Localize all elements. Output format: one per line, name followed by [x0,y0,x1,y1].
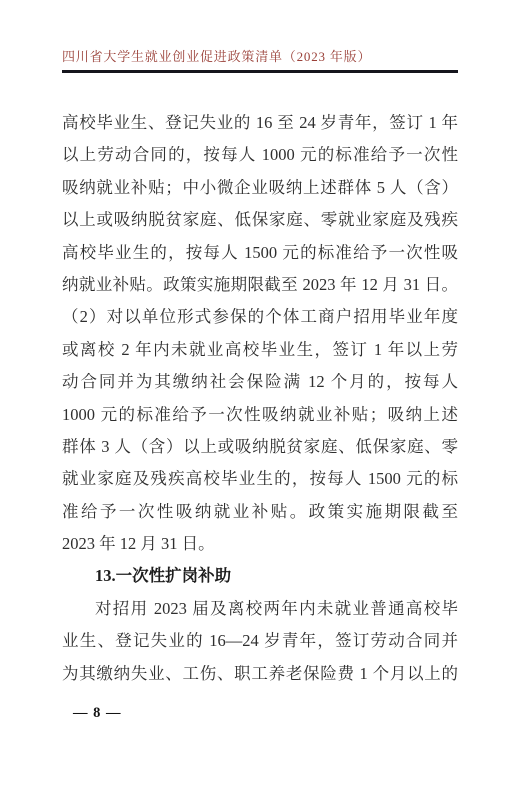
text-line: 或离校 2 年内未就业高校毕业生，签订 1 年以上劳 [62,334,458,366]
text-line: 吸纳就业补贴；中小微企业吸纳上述群体 5 人（含） [62,172,458,204]
section-heading: 13.一次性扩岗补助 [62,560,458,592]
text-line: 动合同并为其缴纳社会保险满 12 个月的，按每人 [62,366,458,398]
text-line: 就业家庭及残疾高校毕业生的，按每人 1500 元的标 [62,463,458,495]
text-line: 以上劳动合同的，按每人 1000 元的标准给予一次性 [62,139,458,171]
page-header-title: 四川省大学生就业创业促进政策清单（2023 年版） [62,46,460,65]
text-line: 对招用 2023 届及离校两年内未就业普通高校毕 [62,593,458,625]
text-line: 为其缴纳失业、工伤、职工养老保险费 1 个月以上的 [62,658,458,690]
text-line: （2）对以单位形式参保的个体工商户招用毕业年度 [62,301,458,333]
text-line: 准给予一次性吸纳就业补贴。政策实施期限截至 [62,496,458,528]
text-line: 1000 元的标准给予一次性吸纳就业补贴；吸纳上述 [62,399,458,431]
text-line: 纳就业补贴。政策实施期限截至 2023 年 12 月 31 日。 [62,269,458,301]
document-body: 高校毕业生、登记失业的 16 至 24 岁青年，签订 1 年以上劳动合同的，按每… [62,107,458,690]
text-line: 业生、登记失业的 16—24 岁青年，签订劳动合同并 [62,625,458,657]
text-line: 高校毕业生的，按每人 1500 元的标准给予一次性吸 [62,237,458,269]
header-rule [62,70,458,73]
document-page: 四川省大学生就业创业促进政策清单（2023 年版） 高校毕业生、登记失业的 16… [0,0,529,794]
page-number: — 8 — [73,705,122,722]
text-line: 群体 3 人（含）以上或吸纳脱贫家庭、低保家庭、零 [62,431,458,463]
text-line: 高校毕业生、登记失业的 16 至 24 岁青年，签订 1 年 [62,107,458,139]
text-line: 以上或吸纳脱贫家庭、低保家庭、零就业家庭及残疾 [62,204,458,236]
text-line: 2023 年 12 月 31 日。 [62,528,458,560]
